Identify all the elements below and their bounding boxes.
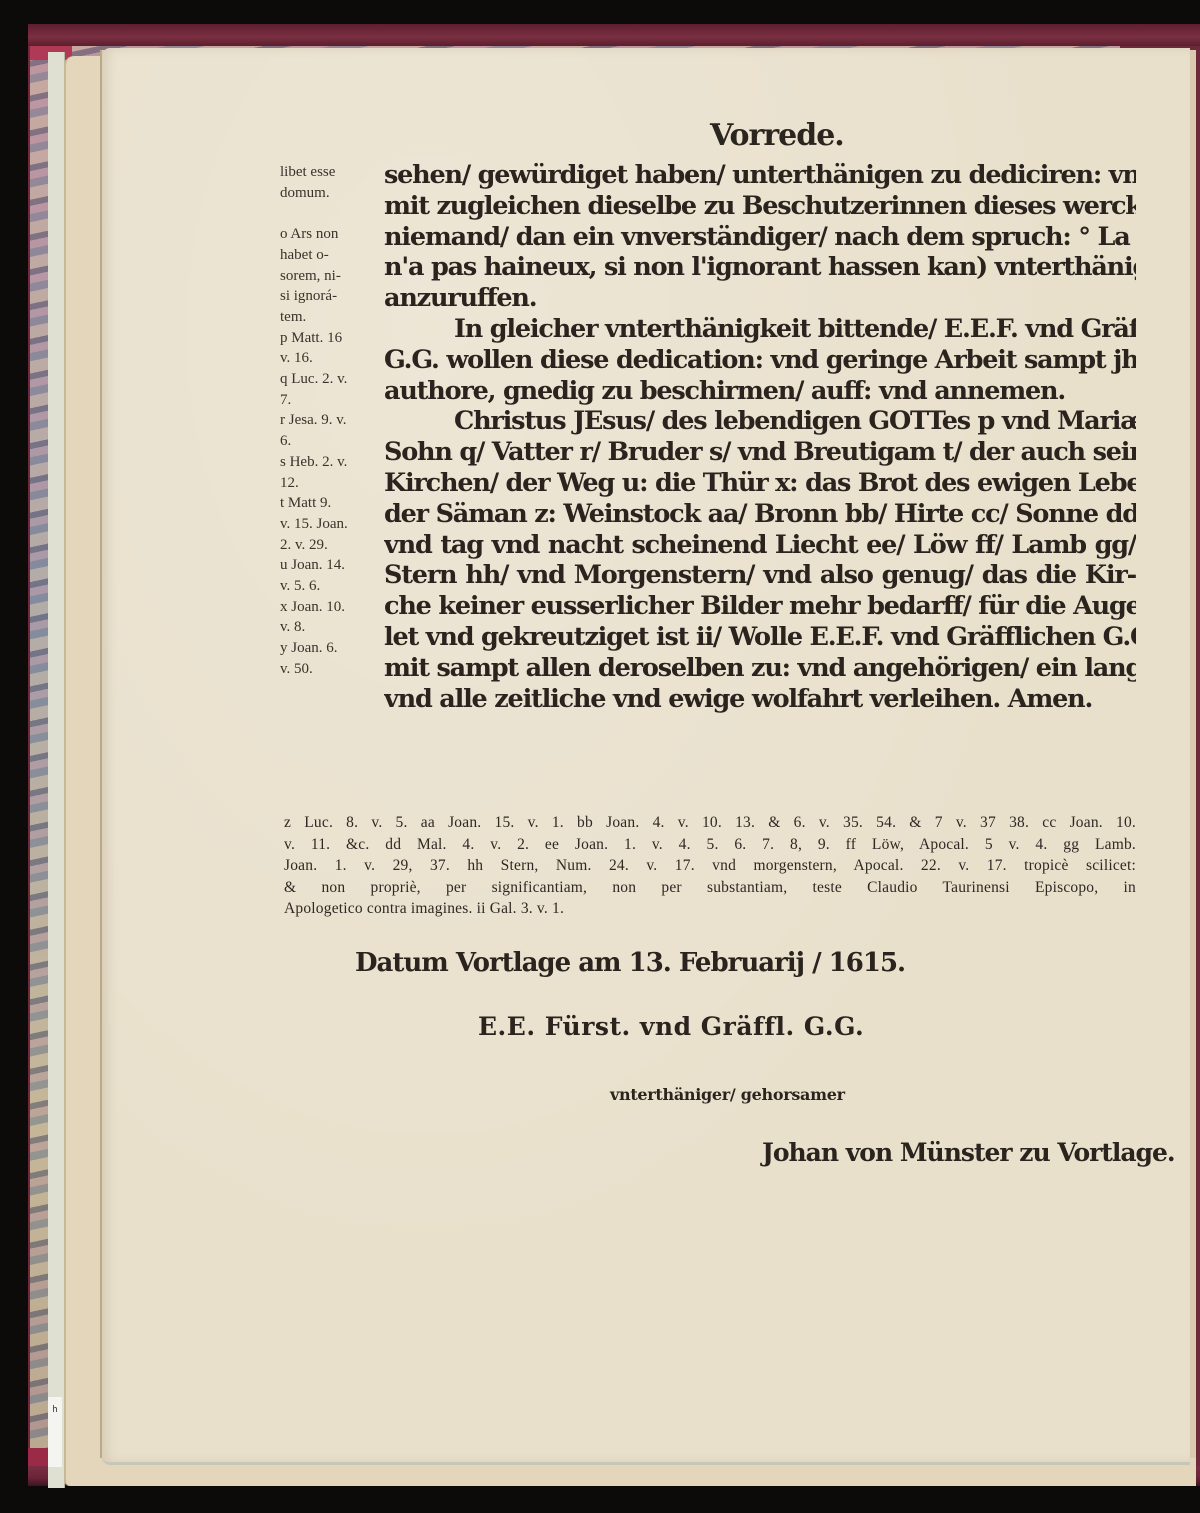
margin-note: v. 5. 6. — [280, 576, 380, 597]
shelf-slip-text: h — [52, 1405, 57, 1415]
address-line: E.E. Fürst. vnd Gräffl. G.G. — [478, 1012, 864, 1041]
body-line: Sohn q/ Vatter r/ Bruder s/ vnd Breutiga… — [384, 437, 1136, 468]
body-line: authore, gnedig zu beschirmen/ auff: vnd… — [384, 376, 1136, 407]
body-line: che keiner eusserlicher Bilder mehr beda… — [384, 591, 1136, 622]
margin-note: 2. v. 29. — [280, 535, 380, 556]
margin-note: u Joan. 14. — [280, 555, 380, 576]
flyleaf-edge — [48, 52, 65, 1488]
margin-note: 7. — [280, 390, 380, 411]
margin-note: o Ars non — [280, 224, 380, 245]
margin-note: si ignorá- — [280, 286, 380, 307]
footnote-line: z Luc. 8. v. 5. aa Joan. 15. v. 1. bb Jo… — [284, 812, 1136, 834]
margin-note: r Jesa. 9. v. — [280, 410, 380, 431]
body-line: let vnd gekreutziget ist ii/ Wolle E.E.F… — [384, 622, 1136, 653]
footnote-line: & non propriè, per significantiam, non p… — [284, 877, 1136, 899]
body-line: mit sampt allen deroselben zu: vnd angeh… — [384, 653, 1136, 684]
body-line: In gleicher vnterthänigkeit bittende/ E.… — [384, 314, 1136, 345]
body-line: der Säman z: Weinstock aa/ Bronn bb/ Hir… — [384, 499, 1136, 530]
body-line: n'a pas haineux, si non l'ignorant hasse… — [384, 252, 1136, 283]
body-line: Kirchen/ der Weg u: die Thür x: das Brot… — [384, 468, 1136, 499]
margin-note: 6. — [280, 431, 380, 452]
margin-note: 12. — [280, 473, 380, 494]
body-line: mit zugleichen dieselbe zu Beschutzerinn… — [384, 191, 1136, 222]
margin-note: libet esse — [280, 162, 380, 183]
margin-note: habet o- — [280, 245, 380, 266]
body-line: vnd tag vnd nacht scheinend Liecht ee/ L… — [384, 530, 1136, 561]
margin-note: v. 15. Joan. — [280, 514, 380, 535]
body-line: niemand/ dan ein vnverständiger/ nach de… — [384, 222, 1136, 253]
body-text: sehen/ gewürdiget haben/ unterthänigen z… — [384, 160, 1136, 714]
body-line: Stern hh/ vnd Morgenstern/ vnd also genu… — [384, 560, 1136, 591]
margin-note — [280, 203, 380, 224]
body-line: G.G. wollen diese dedication: vnd gering… — [384, 345, 1136, 376]
signature: Johan von Münster zu Vortlage. — [762, 1138, 1175, 1167]
margin-note: t Matt 9. — [280, 493, 380, 514]
footnote-line: Joan. 1. v. 29, 37. hh Stern, Num. 24. v… — [284, 855, 1136, 877]
date-line: Datum Vortlage am 13. Februarij / 1615. — [355, 948, 905, 978]
binding-top-edge — [28, 24, 1200, 46]
margin-note: v. 8. — [280, 617, 380, 638]
closing-formula: vnterthäniger/ gehorsamer — [610, 1085, 845, 1104]
footnote-line: Apologetico contra imagines. ii Gal. 3. … — [284, 898, 1136, 920]
margin-note: tem. — [280, 307, 380, 328]
body-line: Christus JEsus/ des lebendigen GOTTes p … — [384, 406, 1136, 437]
footnote-line: v. 11. &c. dd Mal. 4. v. 2. ee Joan. 1. … — [284, 834, 1136, 856]
margin-note: s Heb. 2. v. — [280, 452, 380, 473]
margin-note: p Matt. 16 — [280, 328, 380, 349]
footnotes: z Luc. 8. v. 5. aa Joan. 15. v. 1. bb Jo… — [284, 812, 1136, 920]
margin-note: domum. — [280, 183, 380, 204]
margin-note: v. 50. — [280, 659, 380, 680]
body-line: anzuruffen. — [384, 283, 1136, 314]
body-line: sehen/ gewürdiget haben/ unterthänigen z… — [384, 160, 1136, 191]
running-head: Vorrede. — [710, 118, 844, 153]
body-line: vnd alle zeitliche vnd ewige wolfahrt ve… — [384, 684, 1136, 715]
shelf-slip-label: h — [48, 1397, 62, 1467]
margin-note: v. 16. — [280, 348, 380, 369]
margin-note: y Joan. 6. — [280, 638, 380, 659]
margin-note: x Joan. 10. — [280, 597, 380, 618]
margin-notes: libet esse domum. o Ars non habet o- sor… — [280, 162, 380, 680]
margin-note: sorem, ni- — [280, 266, 380, 287]
margin-note: q Luc. 2. v. — [280, 369, 380, 390]
